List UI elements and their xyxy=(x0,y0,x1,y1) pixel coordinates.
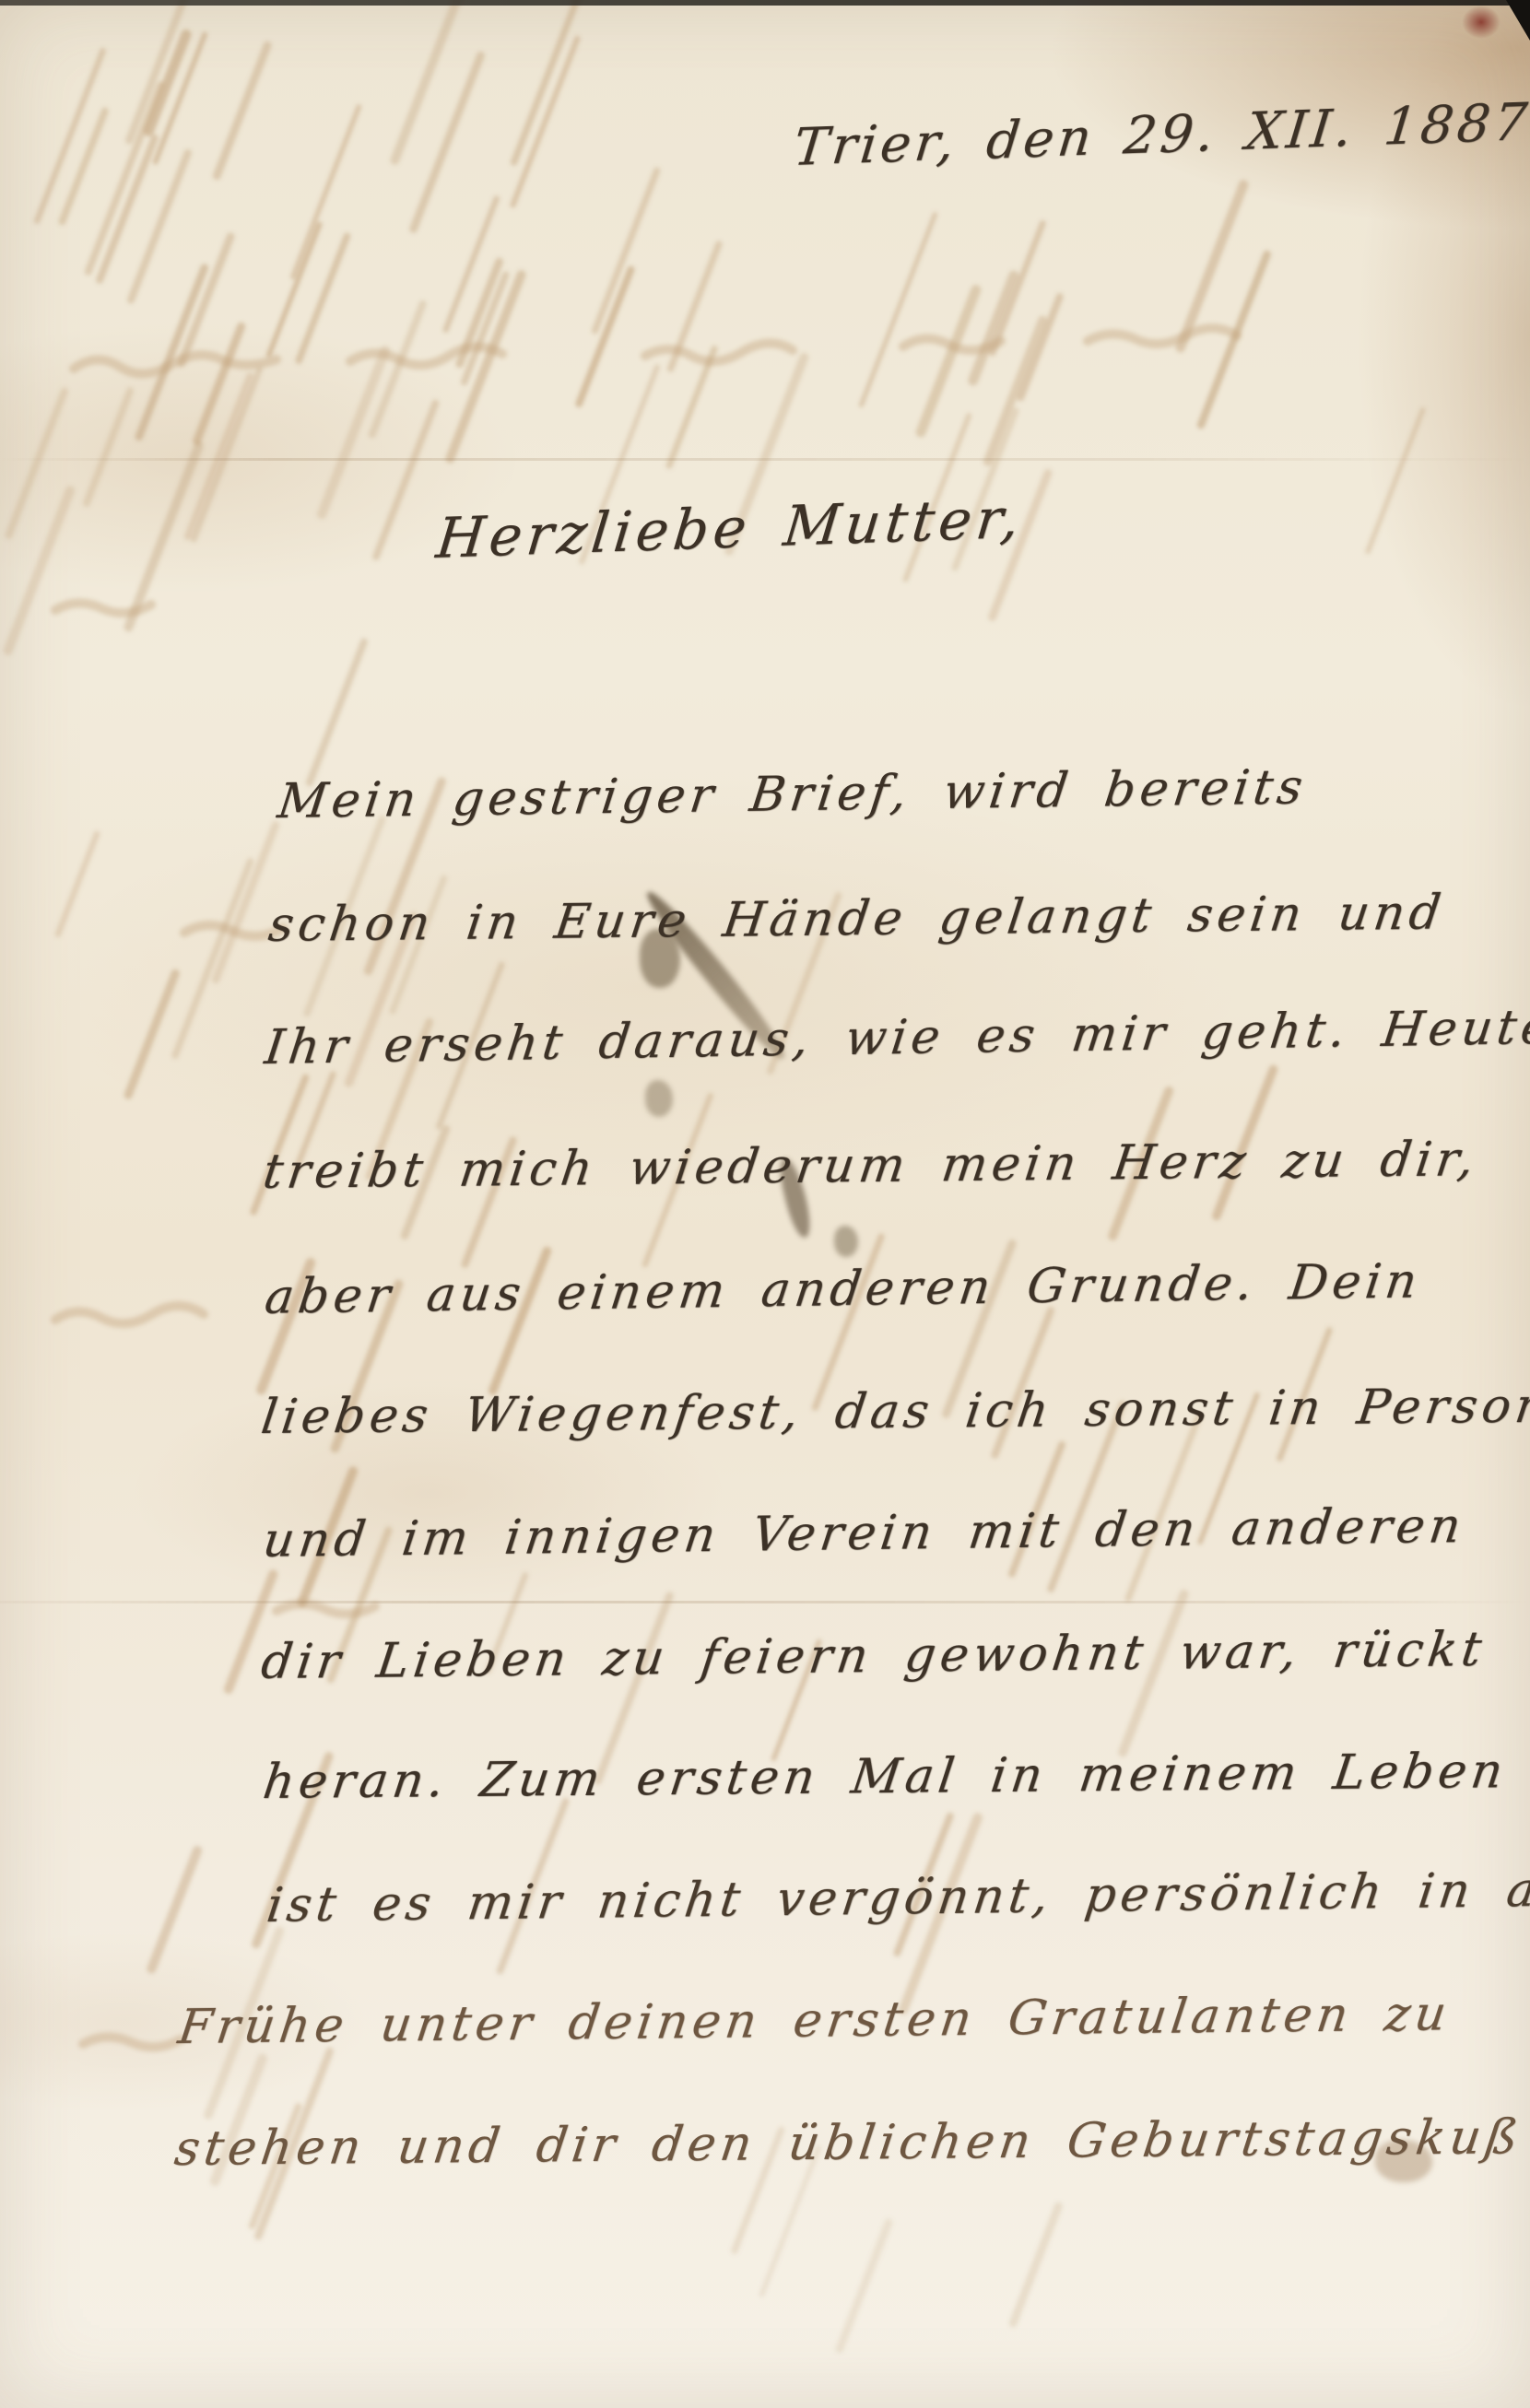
ink-smudge xyxy=(834,1226,858,1257)
letter-line: heran. Zum ersten Mal in meinem Leben xyxy=(260,1744,1511,1810)
red-ink-mark xyxy=(1462,6,1501,39)
paper-crease xyxy=(0,458,1530,461)
letter-line: stehen und dir den üblichen Geburtstagsk… xyxy=(171,2109,1525,2177)
paper-crease xyxy=(0,1601,1530,1603)
letter-page: Trier, den 29. XII. 1887. Herzliebe Mutt… xyxy=(0,0,1530,2408)
letter-line: liebes Wiegenfest, das ich sonst in Pers… xyxy=(258,1379,1530,1445)
ink-smudge xyxy=(645,1080,673,1117)
scan-top-edge xyxy=(0,0,1530,6)
